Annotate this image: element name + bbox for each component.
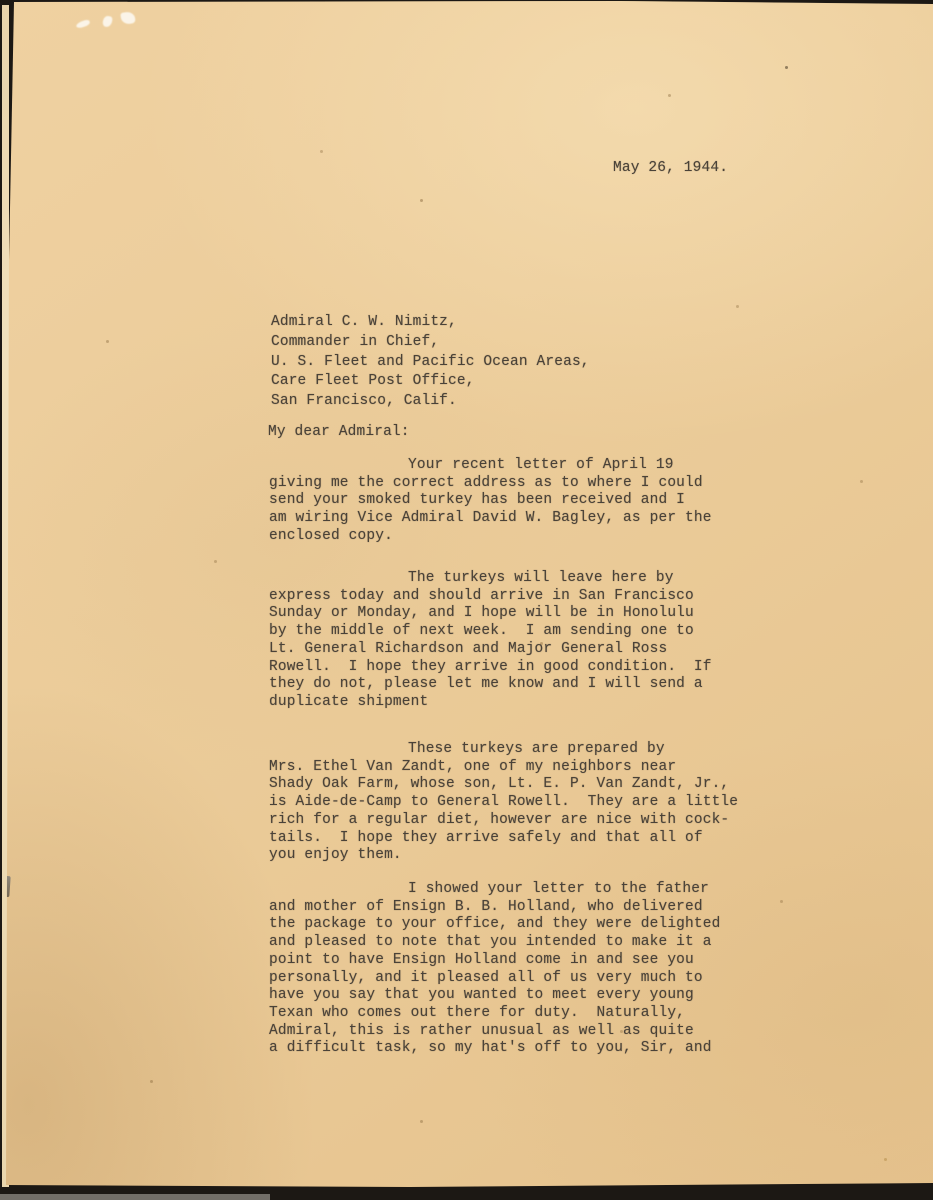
scan-background: May 26, 1944. Admiral C. W. Nimitz, Comm… xyxy=(0,0,933,1200)
letter-paragraph-4: I showed your letter to the father and m… xyxy=(269,881,720,1058)
erased-pencil-mark xyxy=(75,19,90,29)
recipient-address-block: Admiral C. W. Nimitz, Commander in Chief… xyxy=(271,313,590,412)
age-specks xyxy=(0,0,3,3)
letter-paper: May 26, 1944. Admiral C. W. Nimitz, Comm… xyxy=(0,0,933,1200)
erased-pencil-mark xyxy=(102,15,113,27)
salutation: My dear Admiral: xyxy=(268,424,410,442)
letter-paragraph-2: The turkeys will leave here by express t… xyxy=(269,570,712,712)
letter-date: May 26, 1944. xyxy=(613,160,728,178)
bottom-edge-sliver xyxy=(0,1194,270,1200)
erased-pencil-mark xyxy=(120,11,136,25)
letter-paragraph-1: Your recent letter of April 19 giving me… xyxy=(269,457,712,546)
letter-paragraph-3: These turkeys are prepared by Mrs. Ethel… xyxy=(269,741,738,865)
